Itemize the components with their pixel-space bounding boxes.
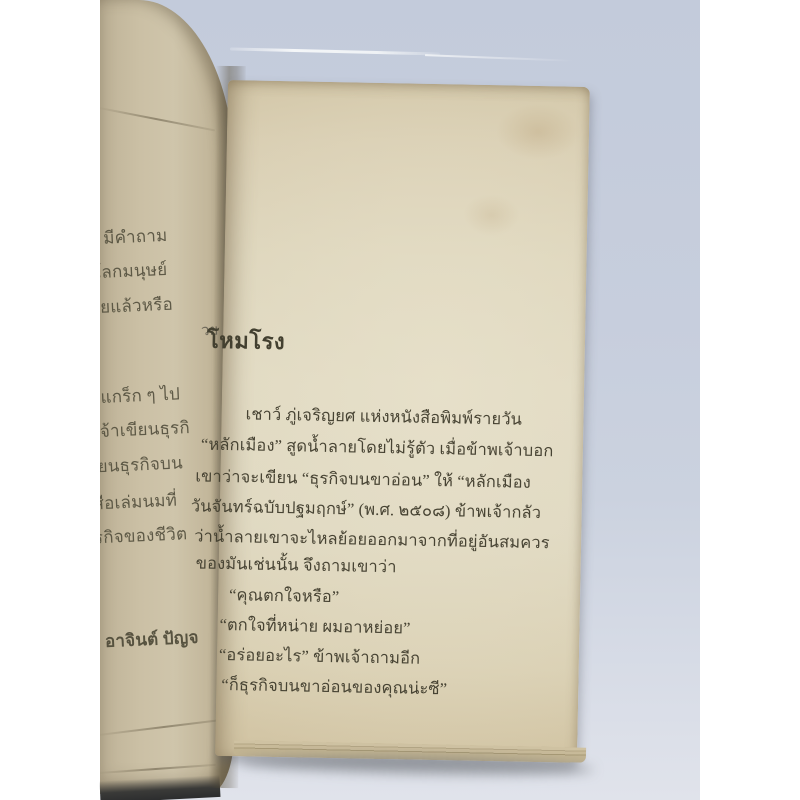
left-page-line: ะจันทร์ มีคำถาม: [100, 222, 168, 254]
body-line: “ก็ธุรกิจบนขาอ่อนของคุณน่ะซี”: [221, 672, 447, 702]
body-line: ของมันเช่นนั้น จึงถามเขาว่า: [195, 550, 396, 580]
left-page-line: าลากแกร็ก ๆ ไป: [100, 380, 181, 412]
body-line: “หลักเมือง” สูดน้ำลายโดยไม่รู้ตัว เมื่อข…: [201, 432, 554, 465]
body-line: เขาว่าจะเขียน “ธุรกิจบนขาอ่อน” ให้ “หลัก…: [195, 463, 531, 495]
left-page-line: “สูเจ้าเขียนธุรกิ: [100, 414, 190, 446]
body-line: วันจันทร์ฉบับปฐมฤกษ์” (พ.ศ. ๒๕๐๘) ข้าพเจ…: [191, 493, 542, 526]
left-page-line: หนังสือเล่มนมที่: [100, 487, 178, 519]
body-line: “คุณตกใจหรือ”: [229, 582, 340, 610]
chapter-heading: โหมโรง: [207, 323, 286, 359]
left-page-line: รียบร้อยแล้วหรือ: [100, 291, 173, 324]
body-line: เชาว์ ภู่เจริญยศ แห่งหนังสือพิมพ์รายวัน: [245, 401, 522, 432]
body-line: “ตกใจที่หน่าย ผมอาหย่อย”: [219, 612, 410, 642]
left-page-line: งมาเขียนธุรกิจบน: [100, 449, 183, 482]
left-page-line: ธุรกิจของชีวิต: [100, 520, 188, 552]
left-page-line: ศมายังโลกมนุษย์: [100, 256, 168, 289]
body-line: “อร่อยอะไร” ข้าพเจ้าถามอีก: [219, 642, 421, 672]
book-photo: ะจันทร์ มีคำถาม ศมายังโลกมนุษย์ รียบร้อย…: [0, 0, 800, 800]
right-book-page: โหมโรง เชาว์ ภู่เจริญยศ แห่งหนังสือพิมพ์…: [215, 80, 590, 763]
author-name: อาจินต์ ปัญจ: [104, 624, 199, 655]
right-page-text: โหมโรง เชาว์ ภู่เจริญยศ แห่งหนังสือพิมพ์…: [215, 80, 590, 763]
